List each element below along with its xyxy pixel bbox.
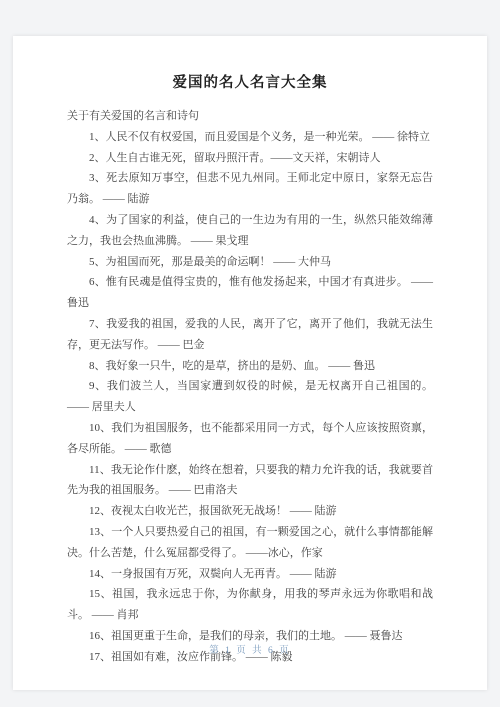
quote-item: 9、我们波兰人，当国家遭到奴役的时候，是无权离开自己祖国的。 —— 居里夫人 (67, 376, 433, 418)
quote-item: 13、一个人只要热爱自己的祖国，有一颗爱国之心，就什么事情都能解决。什么苦楚，什… (67, 522, 433, 564)
quote-item: 12、夜视太白收光芒，报国欲死无战场！ —— 陆游 (67, 501, 433, 522)
quote-item: 10、我们为祖国服务，也不能都采用同一方式，每个人应该按照资禀，各尽所能。 ——… (67, 418, 433, 460)
quote-item: 14、一身报国有万死，双鬓向人无再青。 —— 陆游 (67, 564, 433, 585)
document-title: 爱国的名人名言大全集 (67, 71, 433, 92)
quote-item: 4、为了国家的利益，使自己的一生边为有用的一生，纵然只能效绵薄之力，我也会热血沸… (67, 210, 433, 252)
quote-item: 3、死去原知万事空，但悲不见九州同。王师北定中原日，家祭无忘告乃翁。 —— 陆游 (67, 168, 433, 210)
page-number-text: 第 1 页 共 6 页 (209, 646, 290, 656)
quote-item: 11、我无论作什麽，始终在想着，只要我的精力允许我的话，我就要首先为我的祖国服务… (67, 460, 433, 502)
document-viewer-background: 爱国的名人名言大全集 关于有关爱国的名言和诗句 1、人民不仅有权爱国，而且爱国是… (0, 0, 500, 707)
quote-item: 15、祖国，我永远忠于你，为你献身，用我的琴声永远为你歌唱和战斗。 —— 肖邦 (67, 584, 433, 626)
document-body: 关于有关爱国的名言和诗句 1、人民不仅有权爱国，而且爱国是个义务，是一种光荣。 … (67, 106, 433, 668)
document-page: 爱国的名人名言大全集 关于有关爱国的名言和诗句 1、人民不仅有权爱国，而且爱国是… (13, 36, 487, 690)
quote-item: 8、我好象一只牛，吃的是草，挤出的是奶、血。 —— 鲁迅 (67, 356, 433, 377)
intro-line: 关于有关爱国的名言和诗句 (67, 106, 433, 127)
quote-item: 6、惟有民魂是值得宝贵的，惟有他发扬起来，中国才有真进步。 —— 鲁迅 (67, 272, 433, 314)
quote-item: 7、我爱我的祖国，爱我的人民，离开了它，离开了他们，我就无法生存，更无法写作。 … (67, 314, 433, 356)
page-number-footer: 第 1 页 共 6 页 (13, 642, 487, 656)
quote-item: 1、人民不仅有权爱国，而且爱国是个义务，是一种光荣。 —— 徐特立 (67, 127, 433, 148)
quote-item: 2、人生自古谁无死，留取丹照汗青。——文天祥，宋朝诗人 (67, 148, 433, 169)
quote-item: 5、为祖国而死，那是最美的命运啊！ —— 大仲马 (67, 252, 433, 273)
